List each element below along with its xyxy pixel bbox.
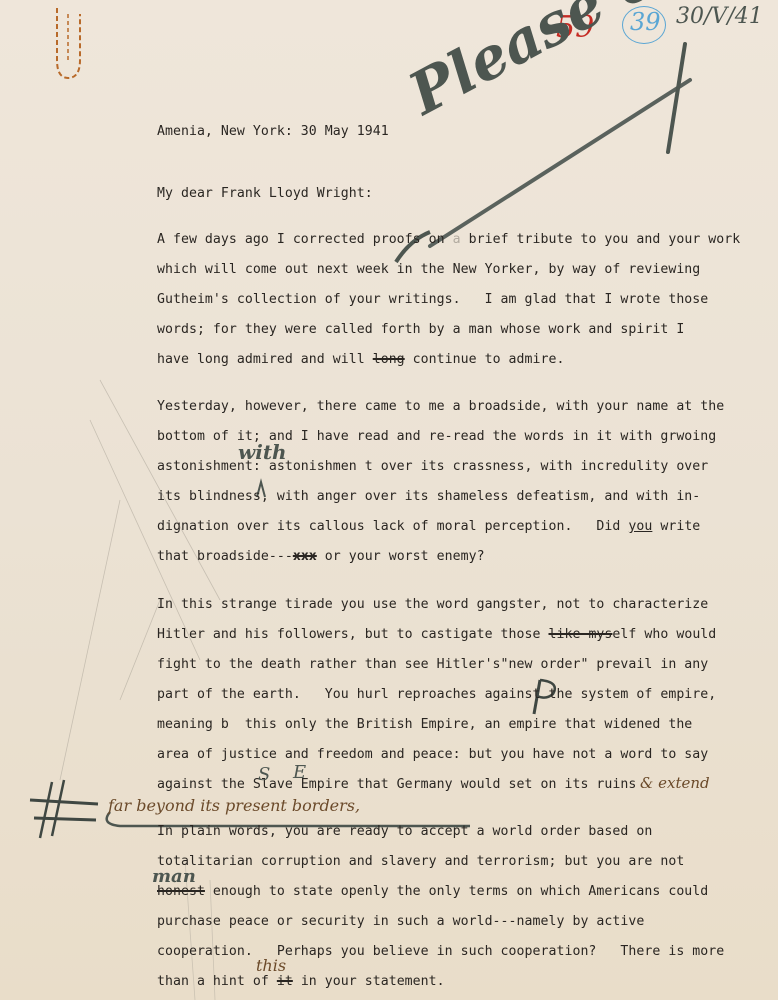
letter-line-21: honest enough to state openly the only t… [157,884,708,899]
letter-line-13: Hitler and his followers, but to castiga… [157,627,716,642]
letter-line-23: cooperation. Perhaps you believe in such… [157,944,724,959]
letter-line-2: which will come out next week in the New… [157,262,700,277]
letter-line-5: have long admired and will long continue… [157,352,564,367]
letter-line-16: meaning b this only the British Empire, … [157,717,692,732]
letter-line-3: Gutheim's collection of your writings. I… [157,292,708,307]
letter-line-17: area of justice and freedom and peace: b… [157,747,708,762]
insertion-far-beyond: far beyond its present borders, [108,796,360,815]
letter-line-24: than a hint of it in your statement. [157,974,445,989]
letter-line-20: totalitarian corruption and slavery and … [157,854,684,869]
letter-line-4: words; for they were called forth by a m… [157,322,684,337]
letter-page: 59 39 30/V/41 Please copy Amenia, New Yo… [0,0,778,1000]
insertion-extend: & extend [640,774,710,792]
insertion-s: S [258,764,270,785]
letter-line-6: Yesterday, however, there came to me a b… [157,399,724,414]
letter-line-14: fight to the death rather than see Hitle… [157,657,708,672]
letter-line-1: A few days ago I corrected proofs on a b… [157,232,740,247]
letter-line-9: its blindness, with anger over its shame… [157,489,700,504]
letter-line-19: In plain words, you are ready to accept … [157,824,652,839]
letter-line-15: part of the earth. You hurl reproaches a… [157,687,716,702]
letter-line-8: astonishment: astonishmen t over its cra… [157,459,708,474]
date-annotation: 30/V/41 [676,4,763,29]
letter-line-22: purchase peace or security in such a wor… [157,914,644,929]
letter-line-11: that broadside---xxx or your worst enemy… [157,549,485,564]
letter-line-18: against the Slave Empire that Germany wo… [157,777,636,792]
letter-line-12: In this strange tirade you use the word … [157,597,708,612]
insertion-e: E [293,762,306,783]
letter-line-10: dignation over its callous lack of moral… [157,519,700,534]
insertion-this: this [256,956,286,975]
dateline: Amenia, New York: 30 May 1941 [157,124,389,139]
salutation: My dear Frank Lloyd Wright: [157,186,373,201]
